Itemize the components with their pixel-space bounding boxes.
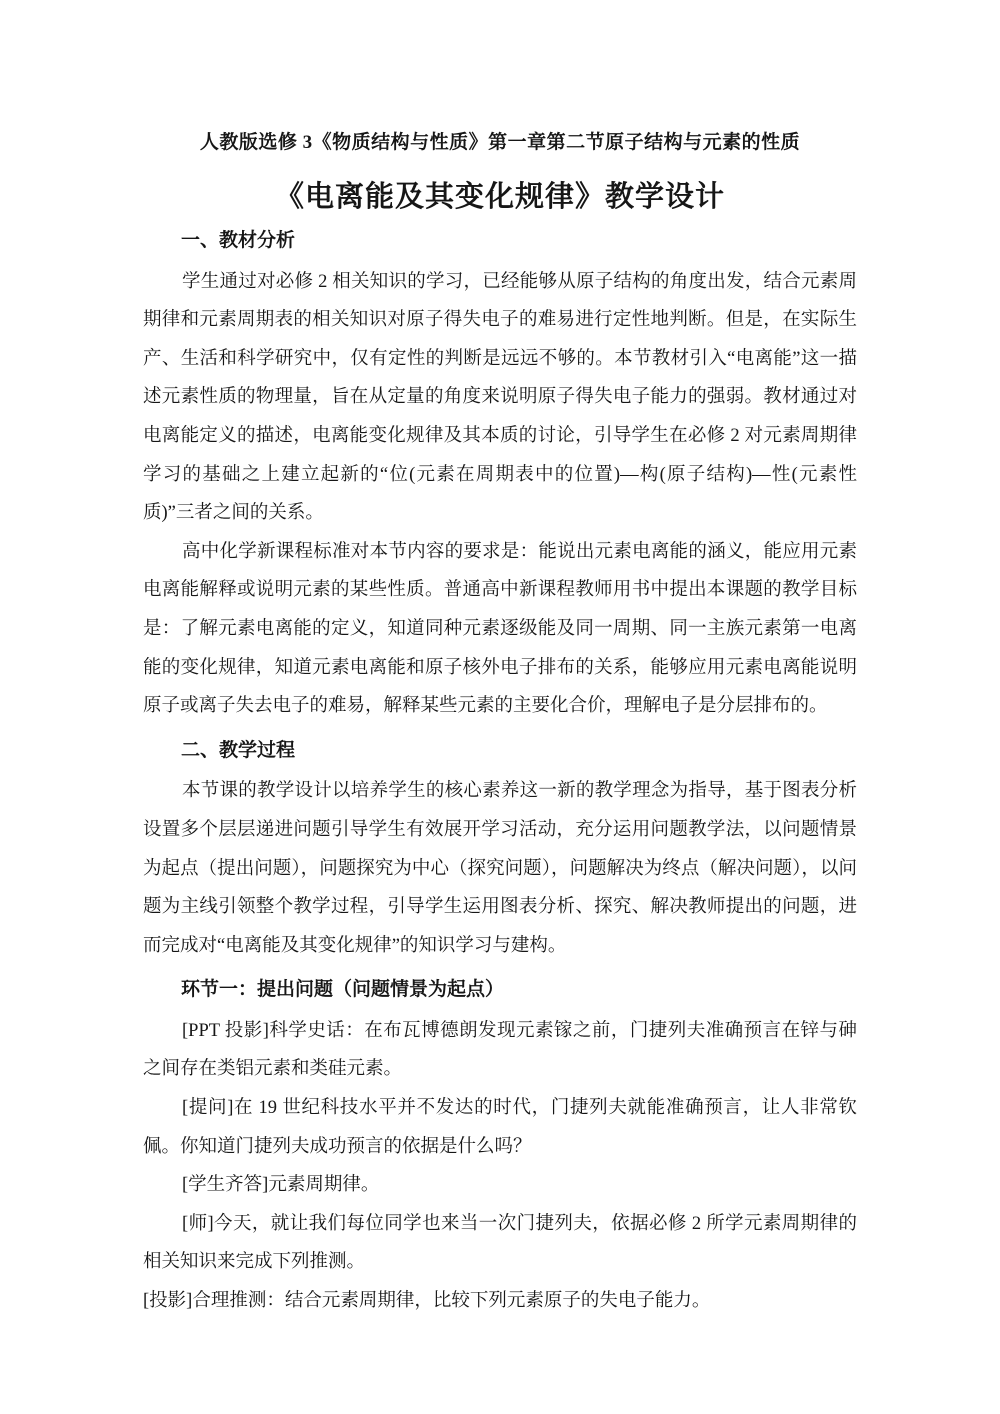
paragraph-students-answer: [学生齐答]元素周期律。 (143, 1166, 857, 1205)
paragraph-material-analysis-2: 高中化学新课程标准对本节内容的要求是：能说出元素电离能的涵义，能应用元素电离能解… (143, 533, 857, 726)
paragraph-ppt-projection: [PPT 投影]科学史话：在布瓦博德朗发现元素镓之前，门捷列夫准确预言在锌与砷之… (143, 1012, 857, 1089)
doc-subject-line: 人教版选修 3《物质结构与性质》第一章第二节原子结构与元素的性质 (143, 130, 857, 156)
paragraph-teaching-process-intro: 本节课的教学设计以培养学生的核心素养这一新的教学理念为指导，基于图表分析设置多个… (143, 772, 857, 965)
paragraph-material-analysis-1: 学生通过对必修 2 相关知识的学习，已经能够从原子结构的角度出发，结合元素周期律… (143, 263, 857, 533)
document-page: 人教版选修 3《物质结构与性质》第一章第二节原子结构与元素的性质 《电离能及其变… (0, 0, 1000, 1414)
section-heading-teaching-process: 二、教学过程 (143, 732, 857, 771)
paragraph-teacher-remark: [师]今天，就让我们每位同学也来当一次门捷列夫，依据必修 2 所学元素周期律的相… (143, 1205, 857, 1282)
document-content: 人教版选修 3《物质结构与性质》第一章第二节原子结构与元素的性质 《电离能及其变… (0, 0, 1000, 1321)
doc-title: 《电离能及其变化规律》教学设计 (143, 178, 857, 216)
paragraph-teacher-question: [提问]在 19 世纪科技水平并不发达的时代，门捷列夫就能准确预言，让人非常钦佩… (143, 1089, 857, 1166)
section-heading-material-analysis: 一、教材分析 (143, 222, 857, 261)
stage1-heading: 环节一：提出问题（问题情景为起点） (143, 971, 857, 1010)
paragraph-projection-inference: [投影]合理推测：结合元素周期律，比较下列元素原子的失电子能力。 (143, 1282, 857, 1321)
